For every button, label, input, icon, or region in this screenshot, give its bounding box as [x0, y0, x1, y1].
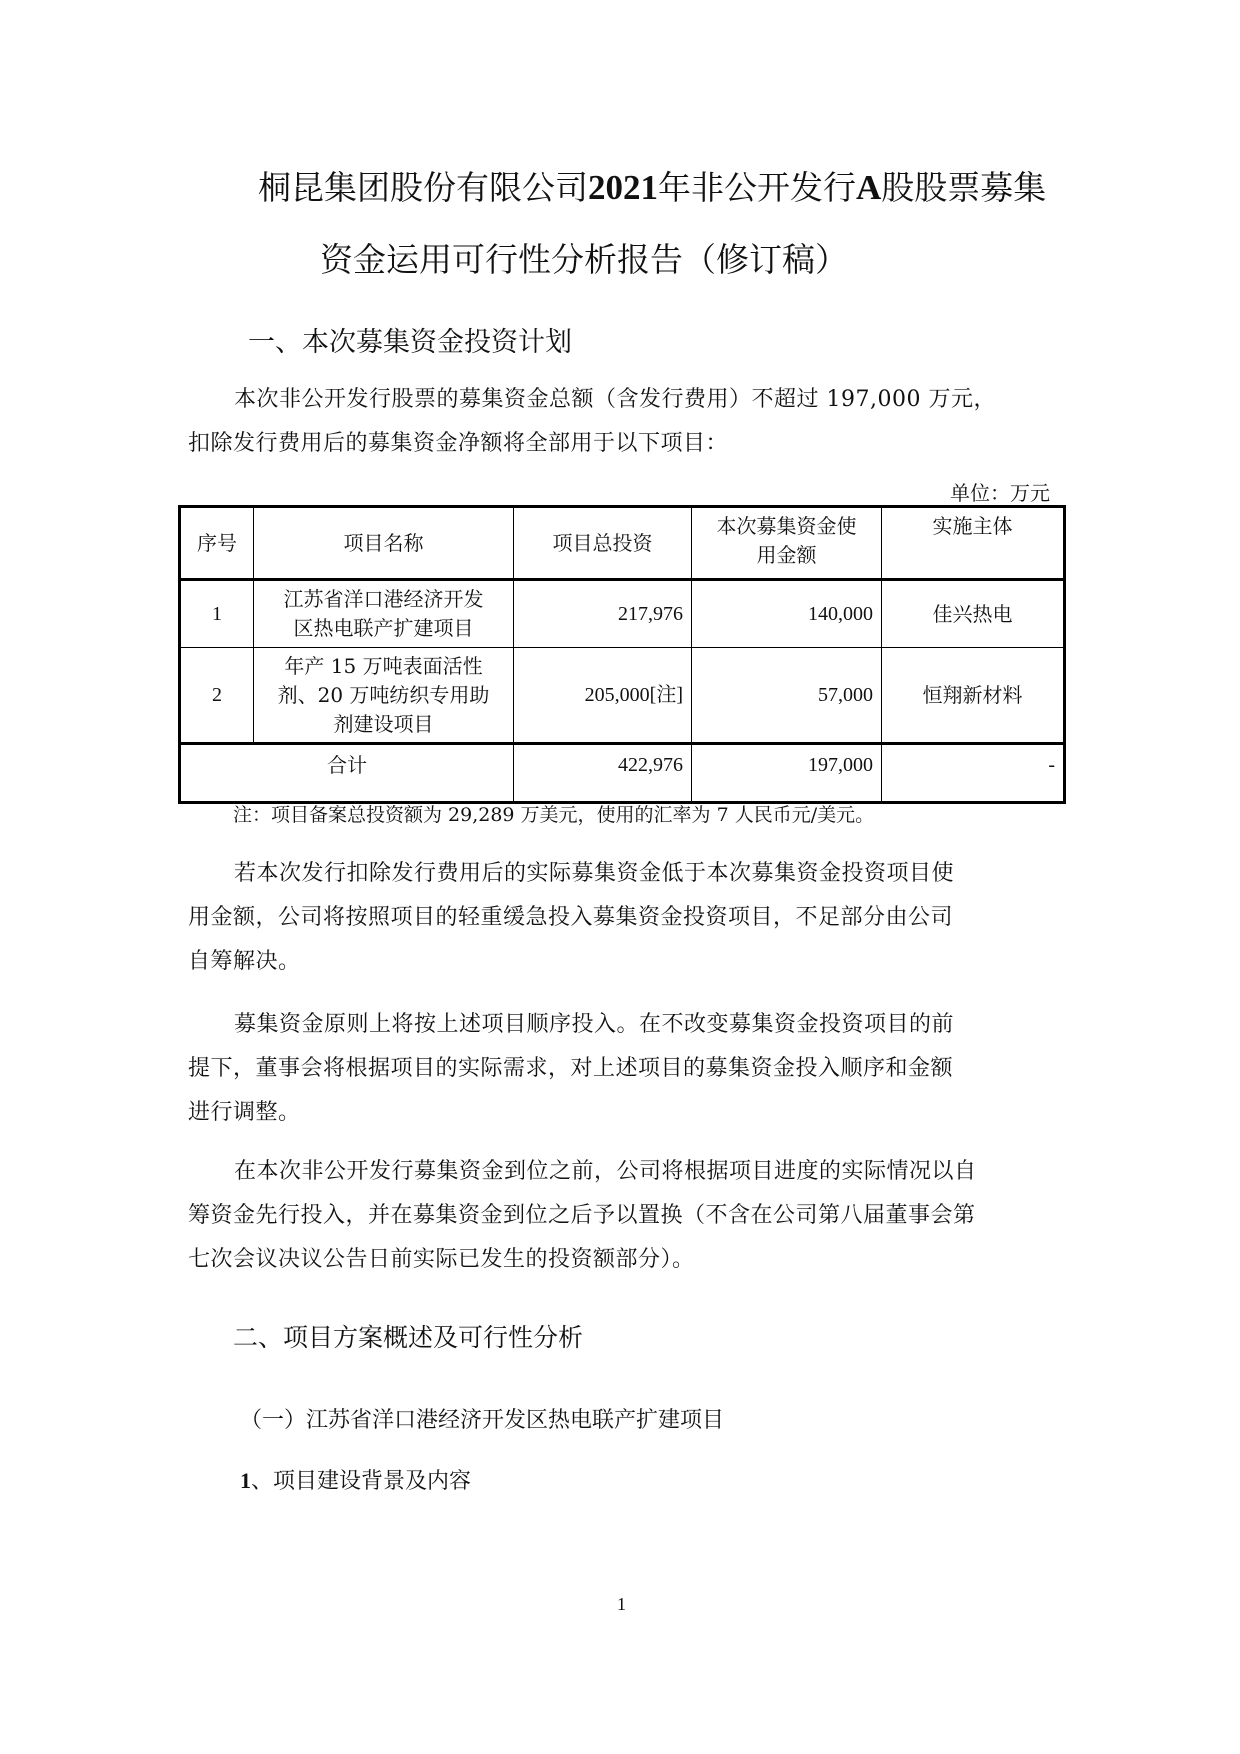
paragraph-line: 本次非公开发行股票的募集资金总额（含发行费用）不超过 197,000 万元，	[188, 378, 1072, 422]
header-implementing-entity: 实施主体	[882, 507, 1065, 580]
header-project-name: 项目名称	[254, 507, 514, 580]
cell-serial-no: 1	[180, 580, 254, 648]
document-title-line-1: 桐昆集团股份有限公司2021年非公开发行A股股票募集	[258, 162, 1046, 209]
table-total-row: 合计 422,976 197,000 -	[180, 744, 1065, 803]
cell-total-investment-sum: 422,976	[514, 744, 692, 803]
name-line: 年产 15 万吨表面活性	[262, 652, 505, 681]
table-footnote: 注：项目备案总投资额为 29,289 万美元，使用的汇率为 7 人民币元/美元。	[233, 800, 874, 827]
cell-entity-placeholder: -	[882, 744, 1065, 803]
paragraph-line: 募集资金原则上将按上述项目顺序投入。在不改变募集资金投资项目的前	[188, 1003, 1072, 1047]
title-share-class: A	[856, 168, 881, 207]
paragraph-line: 自筹解决。	[188, 940, 1072, 984]
item-number: 1	[240, 1468, 251, 1493]
paragraph-line: 七次会议决议公告日前实际已发生的投资额部分）。	[188, 1238, 1072, 1282]
title-text: 年非公开发行	[658, 168, 856, 207]
intro-paragraph: 本次非公开发行股票的募集资金总额（含发行费用）不超过 197,000 万元， 扣…	[188, 378, 1072, 466]
cell-entity: 佳兴热电	[882, 580, 1065, 648]
cell-total-investment: 217,976	[514, 580, 692, 648]
title-text: 股股票募集	[881, 168, 1046, 207]
cell-total-label: 合计	[180, 744, 514, 803]
paragraph-line: 筹资金先行投入，并在募集资金到位之后予以置换（不含在公司第八届董事会第	[188, 1194, 1072, 1238]
table-row: 1 江苏省洋口港经济开发 区热电联产扩建项目 217,976 140,000 佳…	[180, 580, 1065, 648]
header-total-investment: 项目总投资	[514, 507, 692, 580]
table-header-row: 序号 项目名称 项目总投资 本次募集资金使 用金额 实施主体	[180, 507, 1065, 580]
item-heading-text: 、项目建设背景及内容	[251, 1469, 471, 1494]
cell-entity: 恒翔新材料	[882, 648, 1065, 744]
paragraph-line: 在本次非公开发行募集资金到位之前，公司将根据项目进度的实际情况以自	[188, 1150, 1072, 1194]
paragraph-line: 扣除发行费用后的募集资金净额将全部用于以下项目：	[188, 422, 1072, 466]
paragraph-line: 若本次发行扣除发行费用后的实际募集资金低于本次募集资金投资项目使	[188, 852, 1072, 896]
cell-total-investment: 205,000[注]	[514, 648, 692, 744]
title-year: 2021	[588, 168, 658, 207]
paragraph-line: 用金额，公司将按照项目的轻重缓急投入募集资金投资项目，不足部分由公司	[188, 896, 1072, 940]
cell-raised-funds: 57,000	[692, 648, 882, 744]
name-line: 区热电联产扩建项目	[262, 614, 505, 643]
title-text: 桐昆集团股份有限公司	[258, 168, 588, 207]
paragraph-line: 进行调整。	[188, 1091, 1072, 1135]
unit-label: 单位：万元	[950, 477, 1050, 506]
paragraph-investment-order: 募集资金原则上将按上述项目顺序投入。在不改变募集资金投资项目的前 提下，董事会将…	[188, 1003, 1072, 1135]
cell-project-name: 江苏省洋口港经济开发 区热电联产扩建项目	[254, 580, 514, 648]
fundraising-projects-table: 序号 项目名称 项目总投资 本次募集资金使 用金额 实施主体 1 江苏省洋口港经…	[178, 505, 1066, 804]
header-line: 用金额	[700, 541, 873, 570]
page-number: 1	[617, 1594, 626, 1615]
name-line: 剂、20 万吨纺织专用助	[262, 681, 505, 710]
cell-raised-funds-sum: 197,000	[692, 744, 882, 803]
paragraph-line: 提下，董事会将根据项目的实际需求，对上述项目的募集资金投入顺序和金额	[188, 1047, 1072, 1091]
cell-project-name: 年产 15 万吨表面活性 剂、20 万吨纺织专用助 剂建设项目	[254, 648, 514, 744]
subsection-heading-1: （一）江苏省洋口港经济开发区热电联产扩建项目	[240, 1403, 724, 1434]
table-row: 2 年产 15 万吨表面活性 剂、20 万吨纺织专用助 剂建设项目 205,00…	[180, 648, 1065, 744]
header-serial-no: 序号	[180, 507, 254, 580]
cell-serial-no: 2	[180, 648, 254, 744]
cell-raised-funds: 140,000	[692, 580, 882, 648]
header-line: 本次募集资金使	[700, 512, 873, 541]
section-heading-2: 二、项目方案概述及可行性分析	[233, 1318, 583, 1354]
section-heading-1: 一、本次募集资金投资计划	[248, 320, 572, 359]
paragraph-advance-investment: 在本次非公开发行募集资金到位之前，公司将根据项目进度的实际情况以自 筹资金先行投…	[188, 1150, 1072, 1282]
header-raised-funds: 本次募集资金使 用金额	[692, 507, 882, 580]
item-heading-1: 1、项目建设背景及内容	[240, 1464, 471, 1495]
document-title-line-2: 资金运用可行性分析报告（修订稿）	[320, 234, 848, 281]
name-line: 江苏省洋口港经济开发	[262, 585, 505, 614]
name-line: 剂建设项目	[262, 710, 505, 739]
paragraph-funding-shortfall: 若本次发行扣除发行费用后的实际募集资金低于本次募集资金投资项目使 用金额，公司将…	[188, 852, 1072, 984]
